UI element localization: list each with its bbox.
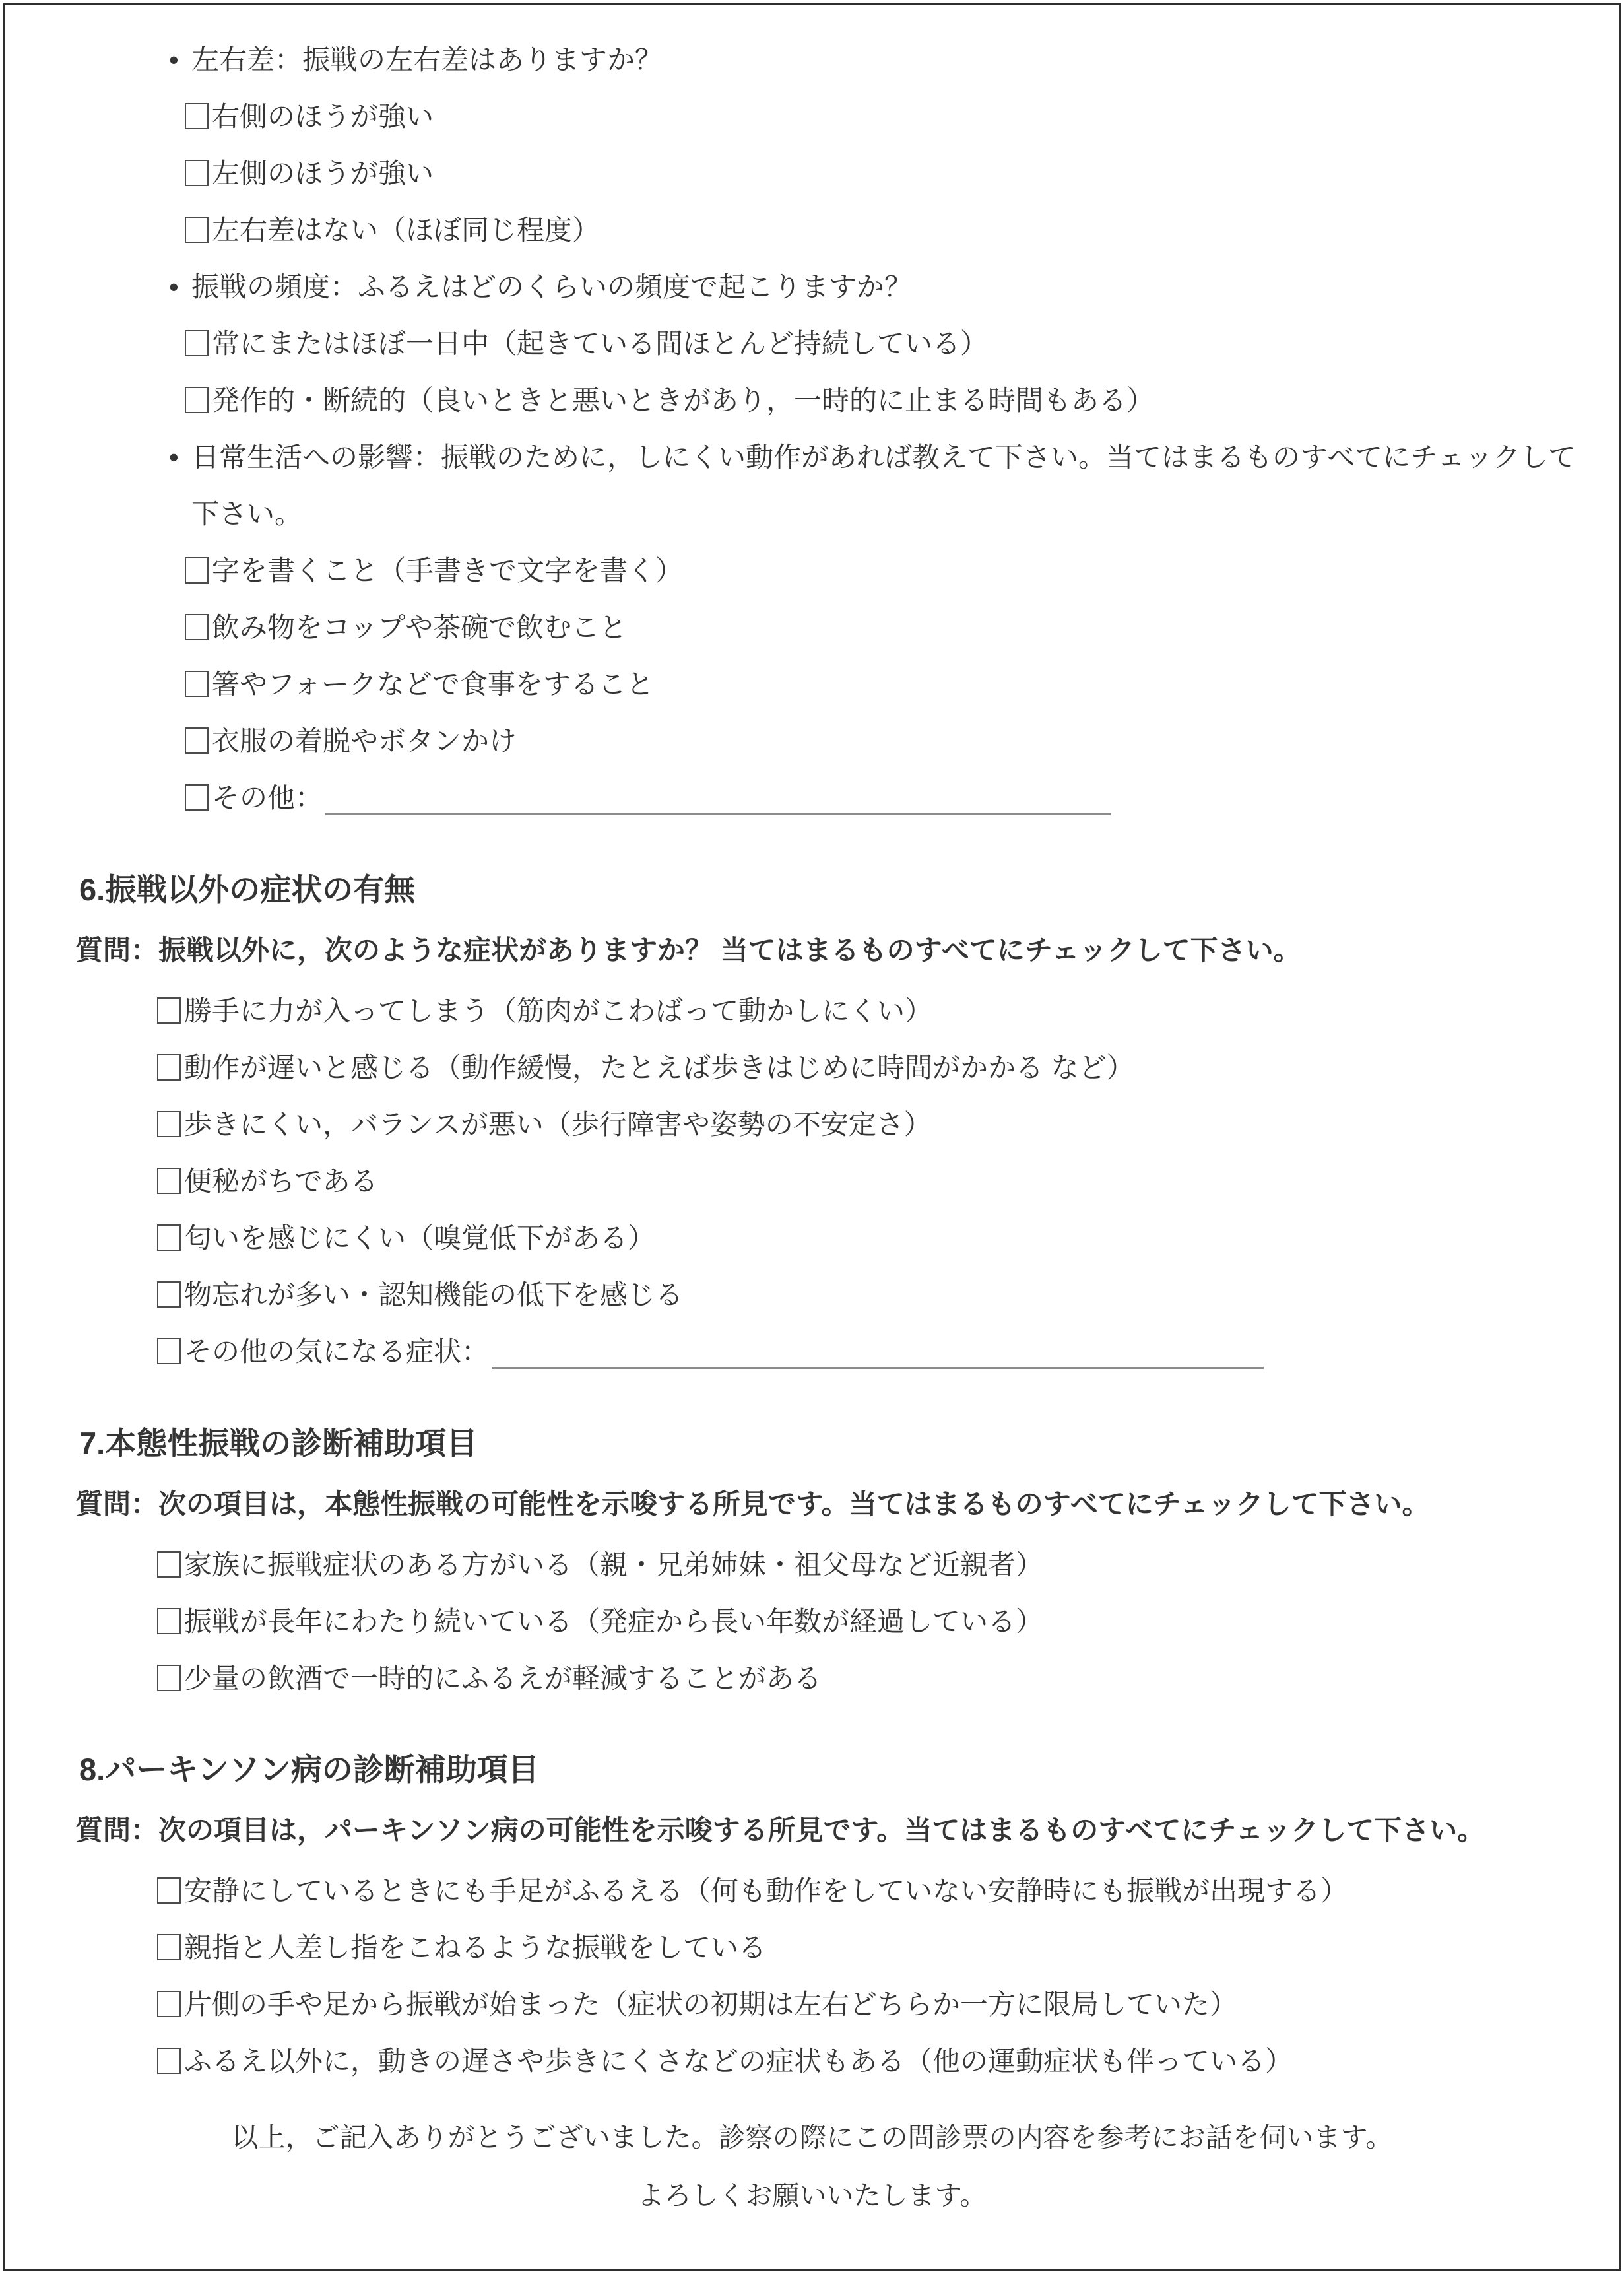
checkbox-row: 左側のほうが強い [5,157,1619,190]
checkbox-reduced-smell[interactable] [157,1224,181,1251]
checkbox-label: 左右差はない（ほぼ同じ程度） [212,215,600,246]
other-action-fill-line[interactable] [325,809,1111,815]
checkbox-pill-rolling[interactable] [157,1934,181,1960]
other-symptoms-fill-line[interactable] [492,1362,1264,1369]
checkbox-label: 衣服の着脱やボタンかけ [212,725,517,756]
checkbox-label: その他： [212,782,323,813]
section-question-6: 質問：振戦以外に，次のような症状がありますか？ 当てはまるものすべてにチェックし… [5,934,1619,967]
checkbox-label: 勝手に力が入ってしまう（筋肉がこわばって動かしにくい） [184,995,932,1026]
checkbox-label: 飲み物をコップや茶碗で飲むこと [212,612,627,643]
checkbox-label: その他の気になる症状： [184,1336,489,1367]
checkbox-no-side-difference[interactable] [185,217,209,243]
section-title-8: 8.パーキンソン病の診断補助項目 [5,1751,1619,1788]
checkbox-other-symptoms[interactable] [157,1338,181,1364]
checkbox-label: 片側の手や足から振戦が始まった（症状の初期は左右どちらか一方に限局していた） [184,1989,1237,2020]
section-question-7: 質問：次の項目は，本態性振戦の可能性を示唆する所見です。当てはまるものすべてにチ… [5,1488,1619,1521]
checkbox-involuntary-stiffness[interactable] [157,997,181,1024]
checkbox-label: 物忘れが多い・認知機能の低下を感じる [184,1279,683,1310]
checkbox-family-history[interactable] [157,1551,181,1578]
bullet-question-label: 日常生活への影響：振戦のために，しにくい動作があれば教えて下さい。当てはまるもの… [191,442,1576,473]
checkbox-label: 少量の飲酒で一時的にふるえが軽減することがある [184,1663,822,1694]
checkbox-row: 右側のほうが強い [5,100,1619,133]
checkbox-label: 字を書くこと（手書きで文字を書く） [212,555,683,586]
checkbox-row: 片側の手や足から振戦が始まった（症状の初期は左右どちらか一方に限局していた） [5,1988,1619,2021]
bullet-icon: • [169,271,191,304]
checkbox-row: 勝手に力が入ってしまう（筋肉がこわばって動かしにくい） [5,995,1619,1028]
checkbox-label: ふるえ以外に，動きの遅さや歩きにくさなどの症状もある（他の運動症状も伴っている） [184,2046,1293,2077]
checkbox-row: 振戦が長年にわたり続いている（発症から長い年数が経過している） [5,1605,1619,1638]
bullet-question-label: 振戦の頻度：ふるえはどのくらいの頻度で起こりますか？ [191,271,912,302]
checkbox-slow-movement[interactable] [157,1054,181,1081]
checkbox-row: その他の気になる症状： [5,1335,1619,1369]
section-question-8: 質問：次の項目は，パーキンソン病の可能性を示唆する所見です。当てはまるものすべて… [5,1814,1619,1847]
checkbox-writing[interactable] [185,557,209,584]
checkbox-other-motor-symptoms[interactable] [157,2048,181,2074]
checkbox-label: 箸やフォークなどで食事をすること [212,669,654,700]
checkbox-row: 歩きにくい，バランスが悪い（歩行障害や姿勢の不安定さ） [5,1108,1619,1141]
checkbox-label: 匂いを感じにくい（嗅覚低下がある） [184,1222,655,1254]
checkbox-label: 振戦が長年にわたり続いている（発症から長い年数が経過している） [184,1606,1043,1637]
checkbox-label: 歩きにくい，バランスが悪い（歩行障害や姿勢の不安定さ） [184,1109,932,1140]
checkbox-intermittent[interactable] [185,387,209,413]
closing-line-1: 以上，ご記入ありがとうございました。診察の際にこの問診票の内容を参考にお話を伺い… [5,2121,1619,2154]
checkbox-label: 左側のほうが強い [212,158,434,189]
checkbox-label: 動作が遅いと感じる（動作緩慢，たとえば歩きはじめに時間がかかる など） [184,1052,1134,1083]
bullet-icon: • [169,441,191,474]
checkbox-left-stronger[interactable] [185,160,209,186]
checkbox-row: 家族に振戦症状のある方がいる（親・兄弟姉妹・祖父母など近親者） [5,1549,1619,1582]
checkbox-row: 字を書くこと（手書きで文字を書く） [5,554,1619,587]
checkbox-row: 動作が遅いと感じる（動作緩慢，たとえば歩きはじめに時間がかかる など） [5,1052,1619,1085]
checkbox-row: 安静にしているときにも手足がふるえる（何も動作をしていない安静時にも振戦が出現す… [5,1875,1619,1908]
questionnaire-page: •左右差：振戦の左右差はありますか？ 右側のほうが強い 左側のほうが強い 左右差… [0,0,1624,2274]
checkbox-alcohol-relief[interactable] [157,1665,181,1691]
checkbox-gait-balance[interactable] [157,1111,181,1137]
checkbox-eating-chopsticks[interactable] [185,671,209,697]
bullet-question-label: 左右差：振戦の左右差はありますか？ [191,44,663,75]
checkbox-row: 飲み物をコップや茶碗で飲むこと [5,611,1619,644]
closing-line-2: よろしくお願いいたします。 [5,2179,1619,2212]
checkbox-long-duration[interactable] [157,1608,181,1634]
section-title-7: 7.本態性振戦の診断補助項目 [5,1425,1619,1461]
closing-note: 以上，ご記入ありがとうございました。診察の際にこの問診票の内容を参考にお話を伺い… [5,2121,1619,2212]
checkbox-row: 親指と人差し指をこねるような振戦をしている [5,1931,1619,1964]
checkbox-row: 常にまたはほぼ一日中（起きている間ほとんど持続している） [5,327,1619,360]
page-content: •左右差：振戦の左右差はありますか？ 右側のほうが強い 左側のほうが強い 左右差… [5,5,1619,2212]
checkbox-label: 家族に振戦症状のある方がいる（親・兄弟姉妹・祖父母など近親者） [184,1549,1043,1580]
checkbox-row: 少量の飲酒で一時的にふるえが軽減することがある [5,1662,1619,1695]
bullet-question-daily-life-impact: •日常生活への影響：振戦のために，しにくい動作があれば教えて下さい。当てはまるも… [5,441,1619,474]
checkbox-drinking-cup[interactable] [185,614,209,640]
checkbox-row: 便秘がちである [5,1165,1619,1198]
checkbox-label: 便秘がちである [184,1166,378,1197]
checkbox-row: その他： [5,782,1619,815]
checkbox-row: ふるえ以外に，動きの遅さや歩きにくさなどの症状もある（他の運動症状も伴っている） [5,2045,1619,2078]
checkbox-rest-tremor[interactable] [157,1877,181,1904]
checkbox-constant-all-day[interactable] [185,330,209,356]
checkbox-label: 発作的・断続的（良いときと悪いときがあり，一時的に止まる時間もある） [212,385,1154,416]
page-border-frame: •左右差：振戦の左右差はありますか？ 右側のほうが強い 左側のほうが強い 左右差… [3,3,1621,2271]
bullet-question-label-continued: 下さい。 [5,498,1619,531]
checkbox-row: 発作的・断続的（良いときと悪いときがあり，一時的に止まる時間もある） [5,384,1619,417]
bullet-question-tremor-side: •左右差：振戦の左右差はありますか？ [5,44,1619,77]
checkbox-label: 常にまたはほぼ一日中（起きている間ほとんど持続している） [212,328,988,359]
checkbox-row: 左右差はない（ほぼ同じ程度） [5,214,1619,247]
checkbox-memory-decline[interactable] [157,1281,181,1308]
bullet-question-tremor-frequency: •振戦の頻度：ふるえはどのくらいの頻度で起こりますか？ [5,271,1619,304]
checkbox-constipation[interactable] [157,1168,181,1194]
checkbox-row: 衣服の着脱やボタンかけ [5,725,1619,758]
checkbox-row: 物忘れが多い・認知機能の低下を感じる [5,1279,1619,1312]
checkbox-label: 右側のほうが強い [212,101,434,132]
checkbox-dressing-buttons[interactable] [185,727,209,754]
checkbox-right-stronger[interactable] [185,103,209,129]
checkbox-other-action[interactable] [185,784,209,811]
checkbox-row: 匂いを感じにくい（嗅覚低下がある） [5,1222,1619,1255]
checkbox-label: 安静にしているときにも手足がふるえる（何も動作をしていない安静時にも振戦が出現す… [184,1875,1348,1906]
checkbox-unilateral-onset[interactable] [157,1991,181,2017]
checkbox-row: 箸やフォークなどで食事をすること [5,668,1619,701]
bullet-icon: • [169,44,191,77]
checkbox-label: 親指と人差し指をこねるような振戦をしている [184,1932,766,1963]
section-title-6: 6.振戦以外の症状の有無 [5,871,1619,908]
